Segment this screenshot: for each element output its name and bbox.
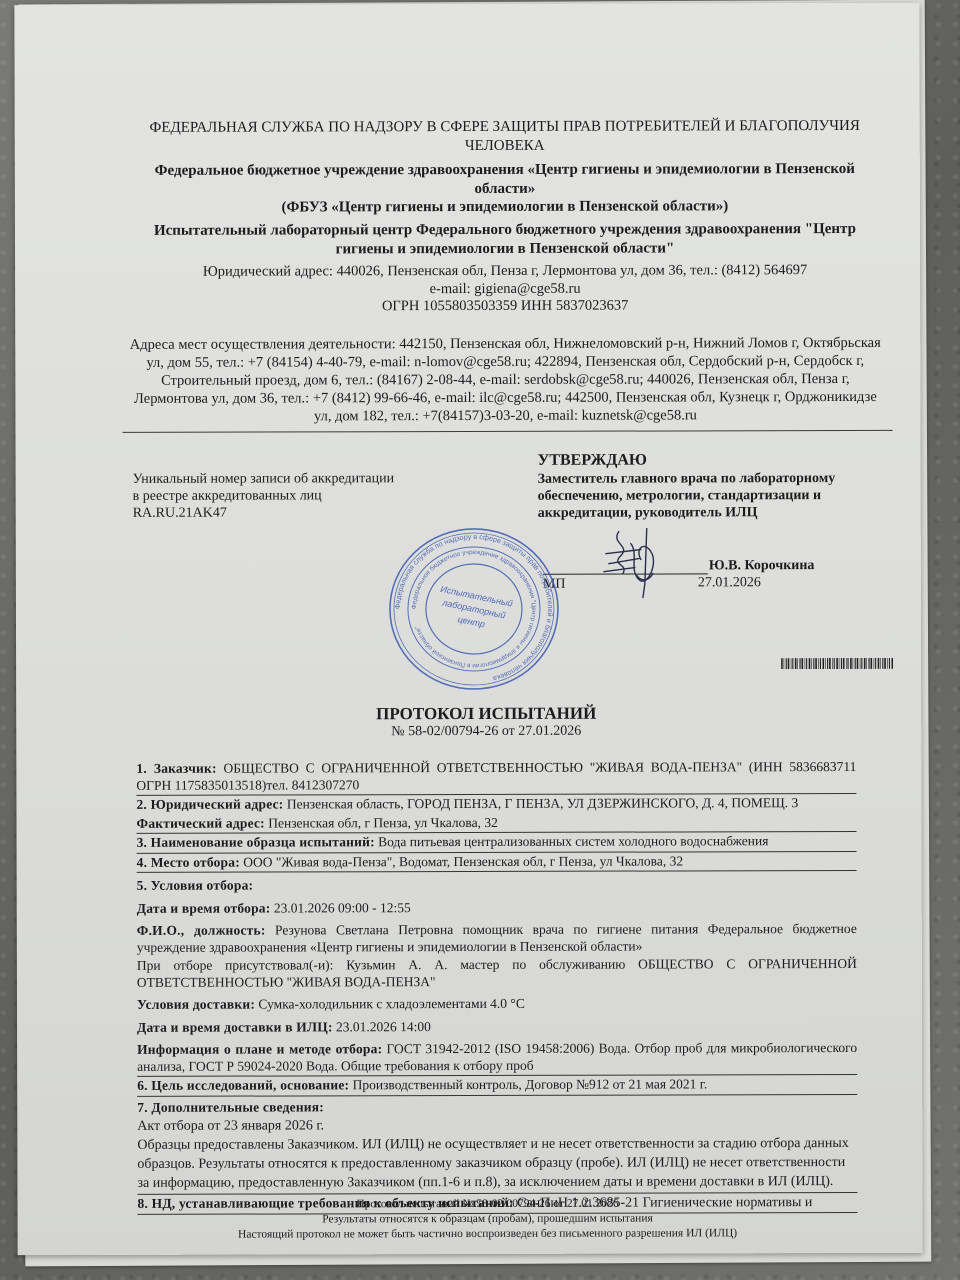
sample-name-label: 3. Наименование образца испытаний:: [137, 834, 375, 850]
activity-addresses: Адреса мест осуществления деятельности: …: [125, 334, 885, 426]
delivery-datetime-label: Дата и время доставки в ИЛЦ:: [137, 1019, 333, 1035]
approval-role: Заместитель главного врача по лабораторн…: [538, 470, 878, 522]
person-label: Ф.И.О., должность:: [137, 923, 266, 938]
accreditation-block: Уникальный номер записи об аккредитации …: [133, 470, 453, 522]
field-delivery-datetime: Дата и время доставки в ИЛЦ: 23.01.2026 …: [137, 1016, 857, 1036]
protocol-number: № 58-02/00794-26 от 27.01.2026: [316, 724, 656, 741]
institution-short-name: (ФБУЗ «Центр гигиены и эпидемиологии в П…: [125, 197, 885, 218]
institution-name: Федеральное бюджетное учреждение здравоо…: [125, 160, 885, 200]
customer-label: 1. Заказчик:: [136, 761, 216, 776]
additional-act: Акт отбора от 23 января 2026 г.: [137, 1114, 857, 1135]
sampling-place-value: ООО "Живая вода-Пенза", Водомат, Пензенс…: [243, 853, 683, 869]
actual-address-label: Фактический адрес:: [136, 815, 264, 830]
delivery-conditions-value: Сумка-холодильник с хладоэлементами 4.0 …: [258, 996, 524, 1012]
agency-name: ФЕДЕРАЛЬНАЯ СЛУЖБА ПО НАДЗОРУ В СФЕРЕ ЗА…: [125, 117, 885, 157]
signer-name: Ю.В. Корочкина: [709, 558, 815, 574]
field-delivery-conditions: Условия доставки: Сумка-холодильник с хл…: [137, 994, 857, 1014]
actual-address-value: Пензенская обл, г Пенза, ул Чкалова, 32: [268, 814, 498, 830]
field-purpose: 6. Цель исследований, основание: Произво…: [137, 1075, 857, 1096]
page-footer: Протокол испытаний № 58-02/00794-26 от 2…: [127, 1196, 847, 1243]
delivery-conditions-label: Условия доставки:: [137, 997, 255, 1012]
legal-address: Юридический адрес: 440026, Пензенская об…: [125, 262, 885, 281]
sample-name-value: Вода питьевая централизованных систем хо…: [378, 833, 768, 849]
stamp-center-line3: центр: [457, 614, 486, 629]
field-person: Ф.И.О., должность: Резунова Светлана Пет…: [137, 920, 857, 957]
purpose-label: 6. Цель исследований, основание:: [137, 1077, 349, 1093]
sampling-datetime-value: 23.01.2026 09:00 - 12:55: [274, 900, 411, 915]
legal-address-block: Юридический адрес: 440026, Пензенская об…: [125, 262, 885, 316]
approval-block: УТВЕРЖДАЮ Заместитель главного врача по …: [538, 450, 878, 522]
footer-line3: Настоящий протокол не может быть частичн…: [128, 1226, 848, 1243]
purpose-value: Производственный контроль, Договор №912 …: [353, 1076, 708, 1092]
additional-text: Образцы предоставлены Заказчиком. ИЛ (ИЛ…: [137, 1133, 857, 1192]
delivery-datetime-value: 23.01.2026 14:00: [336, 1019, 431, 1034]
legal-address-label: 2. Юридический адрес:: [136, 796, 283, 811]
legal-address-value: Пензенская область, ГОРОД ПЕНЗА, Г ПЕНЗА…: [287, 795, 799, 811]
accreditation-line1: Уникальный номер записи об аккредитации: [133, 470, 453, 488]
approval-title: УТВЕРЖДАЮ: [538, 450, 878, 471]
official-stamp-icon: Федеральная служба по надзору в сфере за…: [384, 524, 564, 694]
approval-date: 27.01.2026: [698, 575, 761, 591]
header-divider: [122, 430, 892, 433]
protocol-title: ПРОТОКОЛ ИСПЫТАНИЙ: [316, 704, 656, 725]
accreditation-line2: в реестре аккредитованных лиц: [133, 487, 453, 505]
field-method: Информация о плане и методе отбора: ГОСТ…: [137, 1039, 857, 1077]
lab-center-name: Испытательный лабораторный центр Федерал…: [125, 220, 885, 260]
sampling-conditions-label: 5. Условия отбора:: [137, 878, 254, 893]
field-legal-address: 2. Юридический адрес: Пензенская область…: [136, 794, 856, 814]
field-customer: 1. Заказчик: ОБЩЕСТВО С ОГРАНИЧЕННОЙ ОТВ…: [136, 758, 856, 796]
sampling-datetime-label: Дата и время отбора:: [137, 900, 271, 915]
ogrn-inn: ОГРН 1055803503359 ИНН 5837023637: [125, 297, 885, 316]
field-sampling-datetime: Дата и время отбора: 23.01.2026 09:00 - …: [137, 897, 857, 917]
field-sampling-conditions: 5. Условия отбора:: [137, 875, 857, 895]
accreditation-number: RA.RU.21AK47: [133, 504, 453, 522]
sampling-place-label: 4. Место отбора:: [137, 854, 240, 869]
document-page: ФЕДЕРАЛЬНАЯ СЛУЖБА ПО НАДЗОРУ В СФЕРЕ ЗА…: [14, 3, 922, 1255]
barcode-icon: [781, 658, 893, 669]
field-sample-name: 3. Наименование образца испытаний: Вода …: [137, 832, 857, 853]
field-additional: 7. Дополнительные сведения: Акт отбора о…: [137, 1094, 857, 1194]
handwritten-signature-icon: [601, 523, 671, 598]
email: e-mail: gigiena@cge58.ru: [125, 279, 885, 298]
field-present: При отборе присутствовал(-и): Кузьмин А.…: [137, 955, 857, 992]
method-label: Информация о плане и методе отбора:: [137, 1041, 382, 1057]
additional-label: 7. Дополнительные сведения:: [137, 1095, 857, 1116]
field-actual-address: Фактический адрес: Пензенская обл, г Пен…: [136, 812, 856, 833]
protocol-fields: 1. Заказчик: ОБЩЕСТВО С ОГРАНИЧЕННОЙ ОТВ…: [136, 758, 857, 1215]
customer-value: ОБЩЕСТВО С ОГРАНИЧЕННОЙ ОТВЕТСТВЕННОСТЬЮ…: [136, 759, 856, 792]
field-sampling-place: 4. Место отбора: ООО "Живая вода-Пенза",…: [137, 851, 857, 872]
